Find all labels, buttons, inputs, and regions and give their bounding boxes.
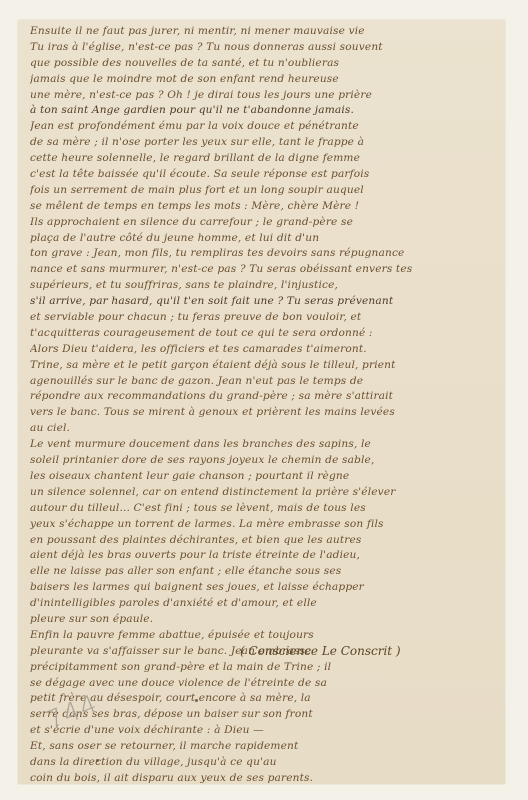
text-line: nance et sans murmurer, n'est-ce pas ? T… [30,262,500,278]
text-line: agenouillés sur le banc de gazon. Jean n… [30,374,500,390]
text-line: ton grave : Jean, mon fils, tu rempliras… [30,246,500,262]
text-line: se dégage avec une douce violence de l'é… [30,676,500,692]
text-line: en poussant des plaintes déchirantes, et… [30,533,500,549]
text-line: les oiseaux chantent leur gaie chanson ;… [30,469,500,485]
text-line: coin du bois, il ait disparu aux yeux de… [30,771,500,787]
ink-speck [195,699,198,702]
text-line: pleure sur son épaule. [30,612,500,628]
text-line: Enfin la pauvre femme abattue, épuisée e… [30,628,500,644]
text-line: cette heure solennelle, le regard brilla… [30,151,500,167]
text-line: plaça de l'autre côté du jeune homme, et… [30,231,500,247]
text-line: soleil printanier dore de ses rayons joy… [30,453,500,469]
text-line: une mère, n'est-ce pas ? Oh ! je dirai t… [30,88,500,104]
text-line: d'inintelligibles paroles d'anxiété et d… [30,596,500,612]
text-line: Alors Dieu t'aidera, les officiers et te… [30,342,500,358]
text-line: au ciel. [30,421,500,437]
text-line: elle ne laisse pas aller son enfant ; el… [30,564,500,580]
text-line: et s'écrie d'une voix déchirante : à Die… [30,723,500,739]
ink-speck [96,759,99,762]
handwritten-text-block: Ensuite il ne faut pas jurer, ni mentir,… [30,24,500,787]
text-line: un silence solennel, car on entend disti… [30,485,500,501]
text-line: fois un serrement de main plus fort et u… [30,183,500,199]
text-line: aient déjà les bras ouverts pour la tris… [30,548,500,564]
text-line: autour du tilleul... C'est fini ; tous s… [30,501,500,517]
text-line: Et, sans oser se retourner, il marche ra… [30,739,500,755]
text-line: s'il arrive, par hasard, qu'il t'en soit… [30,294,500,310]
text-line: dans la direction du village, jusqu'à ce… [30,755,500,771]
text-line: Tu iras à l'église, n'est-ce pas ? Tu no… [30,40,500,56]
text-line: de sa mère ; il n'ose porter les yeux su… [30,135,500,151]
manuscript-page: Ensuite il ne faut pas jurer, ni mentir,… [18,20,505,784]
text-line: à ton saint Ange gardien pour qu'il ne t… [30,103,500,119]
text-line: se mêlent de temps en temps les mots : M… [30,199,500,215]
text-line: petit frère au désespoir, court encore à… [30,691,500,707]
text-line: jamais que le moindre mot de son enfant … [30,72,500,88]
text-line: Trine, sa mère et le petit garçon étaien… [30,358,500,374]
text-line: Jean est profondément ému par la voix do… [30,119,500,135]
text-line: répondre aux recommandations du grand-pè… [30,389,500,405]
text-line: c'est la tête baissée qu'il écoute. Sa s… [30,167,500,183]
text-line: supérieurs, et tu souffriras, sans te pl… [30,278,500,294]
attribution-signature: ( Conscience Le Conscrit ) [240,644,401,658]
text-line: que possible des nouvelles de ta santé, … [30,56,500,72]
text-line: t'acquitteras courageusement de tout ce … [30,326,500,342]
text-line: baisers les larmes qui baignent ses joue… [30,580,500,596]
text-line: précipitamment son grand-père et la main… [30,660,500,676]
text-line: vers le banc. Tous se mirent à genoux et… [30,405,500,421]
text-line: et serviable pour chacun ; tu feras preu… [30,310,500,326]
text-line: Le vent murmure doucement dans les branc… [30,437,500,453]
text-line: yeux s'échappe un torrent de larmes. La … [30,517,500,533]
text-line: Ensuite il ne faut pas jurer, ni mentir,… [30,24,500,40]
text-line: Ils approchaient en silence du carrefour… [30,215,500,231]
